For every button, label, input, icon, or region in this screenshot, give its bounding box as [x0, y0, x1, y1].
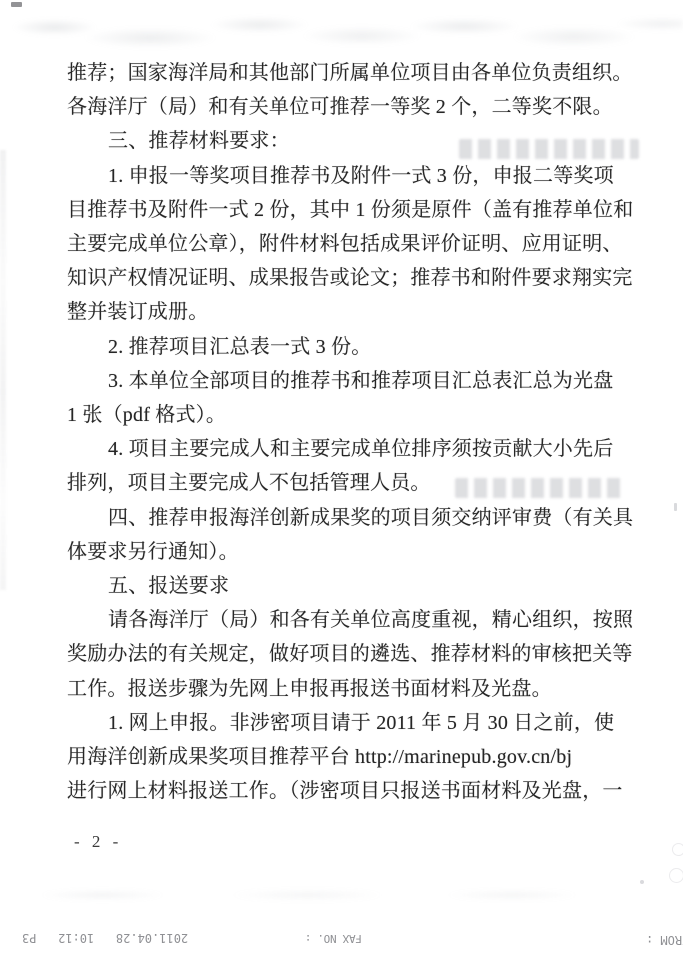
- scan-artifact-ring: [672, 843, 683, 856]
- scanned-fax-page: { "document": { "lines": [ "推荐；国家海洋局和其他部…: [0, 0, 683, 959]
- text-line: 4. 项目主要完成人和主要完成单位排序须按贡献大小先后: [67, 432, 632, 466]
- text-line: 2. 推荐项目汇总表一式 3 份。: [67, 330, 632, 364]
- text-line: 目推荐书及附件一式 2 份，其中 1 份须是原件（盖有推荐单位和: [67, 193, 632, 227]
- scan-artifact-speck: [640, 880, 644, 884]
- section-heading-line: 四、推荐申报海洋创新成果奖的项目须交纳评审费（有关具: [67, 501, 632, 535]
- scan-artifact-ring: [669, 868, 683, 883]
- text-line: 请各海洋厅（局）和各有关单位高度重视，精心组织，按照: [67, 603, 632, 637]
- page-number: - 2 -: [74, 832, 122, 852]
- text-line: 主要完成单位公章），附件材料包括成果评价证明、应用证明、: [67, 227, 632, 261]
- document-body-text: 推荐；国家海洋局和其他部门所属单位项目由各单位负责组织。 各海洋厅（局）和有关单…: [67, 56, 632, 808]
- text-line: 工作。报送步骤为先网上申报再报送书面材料及光盘。: [67, 672, 632, 706]
- text-line: 奖励办法的有关规定，做好项目的遴选、推荐材料的审核把关等: [67, 637, 632, 671]
- scan-left-edge-shading: [0, 150, 6, 590]
- text-line: 1. 申报一等奖项目推荐书及附件一式 3 份，申报二等奖项: [67, 159, 632, 193]
- text-line: 进行网上材料报送工作。（涉密项目只报送书面材料及光盘，一: [67, 774, 632, 808]
- scan-noise-top-band: [0, 8, 683, 56]
- fax-number-label: FAX NO. :: [305, 932, 362, 945]
- text-line: 各海洋厅（局）和有关单位可推荐一等奖 2 个，二等奖不限。: [67, 90, 632, 124]
- text-line: 1 张（pdf 格式）。: [67, 398, 632, 432]
- text-line: 整并装订成册。: [67, 295, 632, 329]
- text-line: 3. 本单位全部项目的推荐书和推荐项目汇总表汇总为光盘: [67, 364, 632, 398]
- text-line: 1. 网上申报。非涉密项目请于 2011 年 5 月 30 日之前，使: [67, 706, 632, 740]
- text-line: 体要求另行通知）。: [67, 535, 632, 569]
- text-line: 推荐；国家海洋局和其他部门所属单位项目由各单位负责组织。: [67, 56, 632, 90]
- scan-noise-bottom-band: [0, 886, 683, 904]
- fax-timestamp: 2011.04.28 10:12 P3: [22, 931, 188, 945]
- scan-artifact-speck: [674, 503, 677, 511]
- url-text-line: 用海洋创新成果奖项目推荐平台 http://marinepub.gov.cn/b…: [67, 740, 632, 774]
- text-line: 知识产权情况证明、成果报告或论文；推荐书和附件要求翔实完: [67, 261, 632, 295]
- section-heading-line: 五、报送要求: [67, 569, 632, 603]
- section-heading-line: 三、推荐材料要求：: [67, 124, 632, 158]
- text-line: 排列，项目主要完成人不包括管理人员。: [67, 466, 632, 500]
- fax-from-label: FROM :: [646, 933, 683, 947]
- scan-artifact-topleft-mark: [11, 2, 22, 7]
